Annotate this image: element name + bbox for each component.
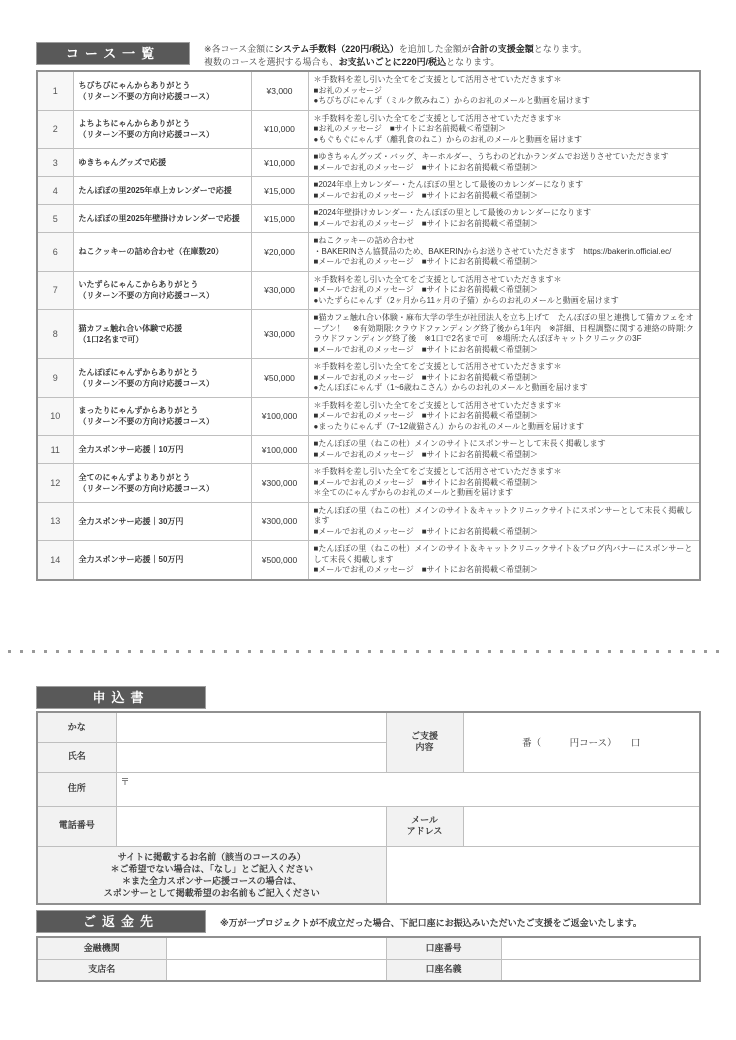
account-number-label: 口座番号 [386,937,501,959]
refund-section-header: ご返金先 ※万が一プロジェクトが不成立だった場合、下記口座にお振込みいただいたご… [36,910,701,933]
course-desc-line: ■メールでお礼のメッセージ ■サイトにお名前掲載＜希望制＞ [314,565,695,576]
course-name: 全てのにゃんずよりありがとう （リターン不要の方向け応援コース） [73,464,251,503]
course-name-sub: （リターン不要の方向け応援コース） [79,483,246,494]
kana-label: かな [37,712,116,742]
course-desc-line: ■メールでお礼のメッセージ ■サイトにお名前掲載＜希望制＞ [314,345,695,356]
course-desc-line: ■2024年壁掛けカレンダー・たんぽぽの里として最後のカレンダーになります [314,208,695,219]
course-row: 11 全力スポンサー応援｜10万円 ¥100,000 ■たんぽぽの里（ねこの杜）… [37,436,700,464]
course-name-sub: （1口2名まで可） [79,334,246,345]
course-price: ¥3,000 [251,71,308,110]
course-price: ¥500,000 [251,541,308,580]
course-description: ■たんぽぽの里（ねこの杜）メインのサイト＆キャットクリニックサイトにスポンサーと… [308,502,700,541]
course-desc-line: ■たんぽぽの里（ねこの杜）メインのサイトにスポンサーとして末長く掲載します [314,439,695,450]
course-fee-note: ※各コース金額にシステム手数料（220円/税込）を追加した金額が合計の支援金額と… [204,42,587,68]
course-name-main: いたずらにゃんこからありがとう [79,279,246,290]
course-name-main: たんぽぽにゃんずからありがとう [79,367,246,378]
dotted-separator [8,650,728,653]
course-desc-line: ＊手数料を差し引いた全てをご支援として活用させていただきます＊ [314,75,695,86]
course-name-main: ゆきちゃんグッズで応援 [79,157,246,168]
course-row: 1 ちびちびにゃんからありがとう （リターン不要の方向け応援コース） ¥3,00… [37,71,700,110]
site-name-input[interactable] [386,846,700,904]
course-description: ■2024年卓上カレンダー・たんぽぽの里として最後のカレンダーになります ■メー… [308,177,700,205]
course-name-main: 全力スポンサー応援｜30万円 [79,516,246,527]
course-desc-line: ■メールでお礼のメッセージ ■サイトにお名前掲載＜希望制＞ [314,527,695,538]
refund-note: ※万が一プロジェクトが不成立だった場合、下記口座にお振込みいただいたご支援をご返… [220,910,642,929]
course-desc-line: ■メールでお礼のメッセージ ■サイトにお名前掲載＜希望制＞ [314,285,695,296]
course-desc-line: ■メールでお礼のメッセージ ■サイトにお名前掲載＜希望制＞ [314,191,695,202]
course-row: 4 たんぽぽの里2025年卓上カレンダーで応援 ¥15,000 ■2024年卓上… [37,177,700,205]
course-section: コース一覧 ※各コース金額にシステム手数料（220円/税込）を追加した金額が合計… [36,42,701,581]
course-row: 7 いたずらにゃんこからありがとう （リターン不要の方向け応援コース） ¥30,… [37,271,700,310]
course-number: 5 [37,205,73,233]
course-price: ¥30,000 [251,271,308,310]
course-table: 1 ちびちびにゃんからありがとう （リターン不要の方向け応援コース） ¥3,00… [36,70,701,581]
course-desc-line: ●まったりにゃんず（7~12歳猫さん）からのお礼のメールと動画を届けます [314,422,695,433]
course-desc-line: ●もぐもぐにゃんず（離乳食のねこ）からのお礼のメールと動画を届けます [314,135,695,146]
course-description: ＊手数料を差し引いた全てをご支援として活用させていただきます＊ ■メールでお礼の… [308,271,700,310]
course-name-main: ちびちびにゃんからありがとう [79,80,246,91]
address-input[interactable]: 〒 [116,772,700,806]
name-label: 氏名 [37,742,116,772]
support-content-input[interactable]: 番（ 円コース） 口 [463,712,700,772]
course-description: ■たんぽぽの里（ねこの杜）メインのサイト＆キャットクリニックサイト＆ブログ内バナ… [308,541,700,580]
course-number: 12 [37,464,73,503]
course-row: 12 全てのにゃんずよりありがとう （リターン不要の方向け応援コース） ¥300… [37,464,700,503]
course-price: ¥300,000 [251,502,308,541]
course-row: 14 全力スポンサー応援｜50万円 ¥500,000 ■たんぽぽの里（ねこの杜）… [37,541,700,580]
course-name-sub: （リターン不要の方向け応援コース） [79,290,246,301]
course-name-sub: （リターン不要の方向け応援コース） [79,378,246,389]
course-row: 5 たんぽぽの里2025年壁掛けカレンダーで応援 ¥15,000 ■2024年壁… [37,205,700,233]
course-desc-line: ＊手数料を差し引いた全てをご支援として活用させていただきます＊ [314,362,695,373]
course-price: ¥10,000 [251,110,308,149]
application-form-table: かな ご支援 内容 番（ 円コース） 口 氏名 住所 〒 電話番号 [36,711,701,905]
course-name-sub: （リターン不要の方向け応援コース） [79,416,246,427]
fee-note-line2: 複数のコースを選択する場合も、お支払いごとに220円/税込となります。 [204,56,587,69]
course-desc-line: ・BAKERINさん協賛品のため、BAKERINからお送りさせていただきます h… [314,247,695,258]
course-name-main: 全力スポンサー応援｜10万円 [79,444,246,455]
course-name: 全力スポンサー応援｜30万円 [73,502,251,541]
course-description: ■ゆきちゃんグッズ・バッグ、キーホルダー、うちわのどれかランダムでお送りさせてい… [308,149,700,177]
email-input[interactable] [463,806,700,846]
course-desc-line: ●ちびちびにゃんず（ミルク飲みねこ）からのお礼のメールと動画を届けます [314,96,695,107]
course-name: ゆきちゃんグッズで応援 [73,149,251,177]
course-description: ■たんぽぽの里（ねこの杜）メインのサイトにスポンサーとして末長く掲載します ■メ… [308,436,700,464]
course-desc-line: ■たんぽぽの里（ねこの杜）メインのサイト＆キャットクリニックサイトにスポンサーと… [314,506,695,527]
course-desc-line: ■お礼のメッセージ [314,86,695,97]
course-name: たんぽぽの里2025年壁掛けカレンダーで応援 [73,205,251,233]
course-description: ■ねこクッキーの詰め合わせ ・BAKERINさん協賛品のため、BAKERINから… [308,233,700,272]
course-name-main: 全てのにゃんずよりありがとう [79,472,246,483]
course-desc-line: ＊手数料を差し引いた全てをご支援として活用させていただきます＊ [314,275,695,286]
bank-label: 金融機関 [37,937,166,959]
course-desc-line: ■メールでお礼のメッセージ ■サイトにお名前掲載＜希望制＞ [314,411,695,422]
course-desc-line: ■ねこクッキーの詰め合わせ [314,236,695,247]
course-desc-line: ■猫カフェ触れ合い体験・麻布大学の学生が社団法人を立ち上げて たんぽぽの里と連携… [314,313,695,345]
course-price: ¥100,000 [251,397,308,436]
course-name: 猫カフェ触れ合い体験で応援 （1口2名まで可） [73,310,251,359]
course-number: 9 [37,359,73,398]
course-desc-line: ■メールでお礼のメッセージ ■サイトにお名前掲載＜希望制＞ [314,219,695,230]
course-description: ＊手数料を差し引いた全てをご支援として活用させていただきます＊ ■お礼のメッセー… [308,110,700,149]
email-label: メール アドレス [386,806,463,846]
course-number: 3 [37,149,73,177]
account-number-input[interactable] [501,937,700,959]
course-description: ＊手数料を差し引いた全てをご支援として活用させていただきます＊ ■メールでお礼の… [308,464,700,503]
account-name-label: 口座名義 [386,959,501,981]
course-description: ＊手数料を差し引いた全てをご支援として活用させていただきます＊ ■お礼のメッセー… [308,71,700,110]
course-price: ¥50,000 [251,359,308,398]
course-number: 7 [37,271,73,310]
course-number: 8 [37,310,73,359]
course-desc-line: ●いたずらにゃんず（2ヶ月から11ヶ月の子猫）からのお礼のメールと動画を届けます [314,296,695,307]
course-desc-line: ＊手数料を差し引いた全てをご支援として活用させていただきます＊ [314,401,695,412]
phone-label: 電話番号 [37,806,116,846]
course-name-main: 全力スポンサー応援｜50万円 [79,554,246,565]
course-name-main: たんぽぽの里2025年卓上カレンダーで応援 [79,185,246,196]
course-number: 2 [37,110,73,149]
application-form-title: 申込書 [36,686,206,709]
course-name-main: まったりにゃんずからありがとう [79,405,246,416]
course-price: ¥300,000 [251,464,308,503]
site-name-label: サイトに掲載するお名前（該当のコースのみ） ＊ご希望でない場合は、「なし」とご記… [37,846,386,904]
course-list-title: コース一覧 [36,42,190,65]
address-label: 住所 [37,772,116,806]
branch-input[interactable] [166,959,386,981]
course-desc-line: ＊手数料を差し引いた全てをご支援として活用させていただきます＊ [314,467,695,478]
course-name: ねこクッキーの詰め合わせ（在庫数20） [73,233,251,272]
course-desc-line: ＊全てのにゃんずからのお礼のメールと動画を届けます [314,488,695,499]
fee-note-line1: ※各コース金額にシステム手数料（220円/税込）を追加した金額が合計の支援金額と… [204,43,587,56]
course-row: 13 全力スポンサー応援｜30万円 ¥300,000 ■たんぽぽの里（ねこの杜）… [37,502,700,541]
course-row: 6 ねこクッキーの詰め合わせ（在庫数20） ¥20,000 ■ねこクッキーの詰め… [37,233,700,272]
course-name: まったりにゃんずからありがとう （リターン不要の方向け応援コース） [73,397,251,436]
course-name-sub: （リターン不要の方向け応援コース） [79,129,246,140]
course-desc-line: ■メールでお礼のメッセージ ■サイトにお名前掲載＜希望制＞ [314,450,695,461]
course-row: 3 ゆきちゃんグッズで応援 ¥10,000 ■ゆきちゃんグッズ・バッグ、キーホル… [37,149,700,177]
course-desc-line: ■メールでお礼のメッセージ ■サイトにお名前掲載＜希望制＞ [314,163,695,174]
course-row: 8 猫カフェ触れ合い体験で応援 （1口2名まで可） ¥30,000 ■猫カフェ触… [37,310,700,359]
course-desc-line: ■お礼のメッセージ ■サイトにお名前掲載＜希望制＞ [314,124,695,135]
support-content-label: ご支援 内容 [386,712,463,772]
course-desc-line: ●たんぽぽにゃんず（1~6歳ねこさん）からのお礼のメールと動画を届けます [314,383,695,394]
refund-title: ご返金先 [36,910,206,933]
course-price: ¥30,000 [251,310,308,359]
course-row: 2 よちよちにゃんからありがとう （リターン不要の方向け応援コース） ¥10,0… [37,110,700,149]
course-number: 4 [37,177,73,205]
course-desc-line: ■メールでお礼のメッセージ ■サイトにお名前掲載＜希望制＞ [314,373,695,384]
course-name: ちびちびにゃんからありがとう （リターン不要の方向け応援コース） [73,71,251,110]
course-name: 全力スポンサー応援｜10万円 [73,436,251,464]
kana-input[interactable] [116,712,386,742]
course-desc-line: ■2024年卓上カレンダー・たんぽぽの里として最後のカレンダーになります [314,180,695,191]
branch-label: 支店名 [37,959,166,981]
course-name-sub: （リターン不要の方向け応援コース） [79,91,246,102]
refund-table: 金融機関 口座番号 支店名 口座名義 [36,936,701,982]
course-number: 13 [37,502,73,541]
course-name: たんぽぽにゃんずからありがとう （リターン不要の方向け応援コース） [73,359,251,398]
name-input[interactable] [116,742,386,772]
course-name: たんぽぽの里2025年卓上カレンダーで応援 [73,177,251,205]
course-number: 11 [37,436,73,464]
course-description: ■猫カフェ触れ合い体験・麻布大学の学生が社団法人を立ち上げて たんぽぽの里と連携… [308,310,700,359]
course-number: 14 [37,541,73,580]
course-description: ＊手数料を差し引いた全てをご支援として活用させていただきます＊ ■メールでお礼の… [308,397,700,436]
course-desc-line: ■メールでお礼のメッセージ ■サイトにお名前掲載＜希望制＞ [314,257,695,268]
course-row: 10 まったりにゃんずからありがとう （リターン不要の方向け応援コース） ¥10… [37,397,700,436]
course-table-body: 1 ちびちびにゃんからありがとう （リターン不要の方向け応援コース） ¥3,00… [37,71,700,580]
course-name-main: ねこクッキーの詰め合わせ（在庫数20） [79,246,246,257]
course-price: ¥20,000 [251,233,308,272]
account-name-input[interactable] [501,959,700,981]
course-name-main: よちよちにゃんからありがとう [79,118,246,129]
course-price: ¥10,000 [251,149,308,177]
course-section-header: コース一覧 ※各コース金額にシステム手数料（220円/税込）を追加した金額が合計… [36,42,701,68]
application-section: 申込書 かな ご支援 内容 番（ 円コース） 口 氏名 住所 〒 [36,686,701,982]
bank-input[interactable] [166,937,386,959]
course-number: 6 [37,233,73,272]
course-row: 9 たんぽぽにゃんずからありがとう （リターン不要の方向け応援コース） ¥50,… [37,359,700,398]
course-price: ¥15,000 [251,177,308,205]
course-number: 10 [37,397,73,436]
course-description: ■2024年壁掛けカレンダー・たんぽぽの里として最後のカレンダーになります ■メ… [308,205,700,233]
phone-input[interactable] [116,806,386,846]
course-desc-line: ■ゆきちゃんグッズ・バッグ、キーホルダー、うちわのどれかランダムでお送りさせてい… [314,152,695,163]
course-price: ¥100,000 [251,436,308,464]
course-desc-line: ■メールでお礼のメッセージ ■サイトにお名前掲載＜希望制＞ [314,478,695,489]
course-number: 1 [37,71,73,110]
course-name: よちよちにゃんからありがとう （リターン不要の方向け応援コース） [73,110,251,149]
course-price: ¥15,000 [251,205,308,233]
course-description: ＊手数料を差し引いた全てをご支援として活用させていただきます＊ ■メールでお礼の… [308,359,700,398]
course-name-main: たんぽぽの里2025年壁掛けカレンダーで応援 [79,213,246,224]
course-desc-line: ＊手数料を差し引いた全てをご支援として活用させていただきます＊ [314,114,695,125]
course-name-main: 猫カフェ触れ合い体験で応援 [79,323,246,334]
course-name: いたずらにゃんこからありがとう （リターン不要の方向け応援コース） [73,271,251,310]
course-name: 全力スポンサー応援｜50万円 [73,541,251,580]
course-desc-line: ■たんぽぽの里（ねこの杜）メインのサイト＆キャットクリニックサイト＆ブログ内バナ… [314,544,695,565]
